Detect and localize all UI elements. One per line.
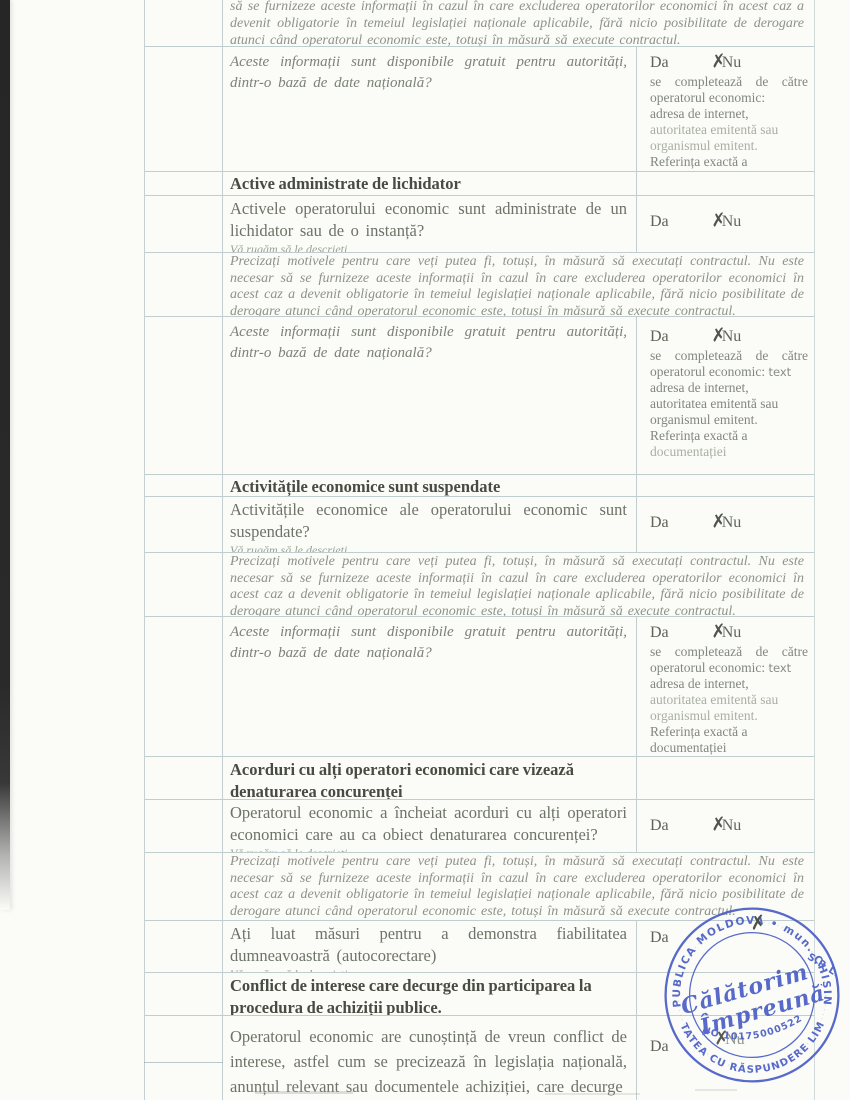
fill-line: organismul emitent. [650, 138, 808, 154]
x-check-icon: ✗ [710, 211, 727, 230]
fill-line: organismul emitent. [650, 412, 808, 428]
question-cell: Aceste informații sunt disponibile gratu… [223, 617, 636, 756]
fill-by-operator-block: se completează de către operatorul econo… [650, 348, 808, 460]
fill-line: Referința exactă a [650, 724, 808, 740]
section-title: Acorduri cu alți operatori economici car… [230, 759, 627, 800]
x-check-icon: ✗ [710, 622, 727, 641]
question-cell: Ați luat măsuri pentru a demonstra fiabi… [223, 921, 636, 972]
row-section-acorduri: Acorduri cu alți operatori economici car… [145, 757, 814, 800]
question-text: Activitățile economice ale operatorului … [230, 499, 627, 543]
section-title-cell: Activitățile economice sunt suspendate [223, 475, 636, 496]
question-cell: Operatorul economic a încheiat acorduri … [223, 800, 636, 852]
da-label: Da [650, 624, 669, 642]
section-title: Active administrate de lichidator [230, 174, 627, 194]
question-cell: Aceste informații sunt disponibile gratu… [223, 47, 636, 171]
info-available-question: Aceste informații sunt disponibile gratu… [230, 52, 627, 94]
section-title-cell: Active administrate de lichidator [223, 172, 636, 195]
row-info-available-1: Aceste informații sunt disponibile gratu… [145, 47, 814, 172]
fill-line: organismul emitent. [650, 708, 808, 724]
number-cell [145, 196, 223, 252]
fill-by-operator-block: se completează de către operatorul econo… [650, 74, 808, 172]
row-clause: Precizați motivele pentru care veți pute… [145, 553, 814, 617]
da-nu-answer: Da ✗ Nu [650, 327, 810, 346]
fill-line: autoritatea emitentă sau [650, 692, 808, 708]
fill-line: adresa de internet, [650, 106, 808, 122]
answer-cell: Da ✗ Nu [636, 800, 814, 852]
row-info-available-3: Aceste informații sunt disponibile gratu… [145, 617, 814, 757]
number-cell [145, 921, 223, 972]
fill-line: autoritatea emitentă sau [650, 122, 808, 138]
motives-clause-text: Precizați motivele pentru care veți pute… [230, 254, 804, 317]
row-clause: Precizați motivele pentru care veți pute… [145, 253, 814, 317]
number-cell [145, 553, 223, 616]
x-check-icon-on-stamp: ✗ [749, 911, 768, 935]
answer-cell: Da ✗ Nu se completează de către operator… [636, 617, 814, 756]
da-label: Da [650, 54, 669, 72]
section-title-cell: Conflict de interese care decurge din pa… [223, 973, 636, 1015]
section-title: Activitățile economice sunt suspendate [230, 477, 627, 497]
number-cell [145, 1016, 223, 1100]
fill-by-operator-block: se completează de către operatorul econo… [650, 644, 808, 756]
number-cell [145, 475, 223, 496]
clause-cell: Precizați motivele pentru care veți pute… [223, 553, 814, 616]
row-question-lichidator: Activele operatorului economic sunt admi… [145, 196, 814, 253]
scan-smudge [255, 1091, 353, 1094]
fill-line: adresa de internet, [650, 380, 808, 396]
fill-line: documentației [650, 444, 808, 460]
answer-cell: Da ✗ Nu se completează de către operator… [636, 317, 814, 474]
da-label: Da [650, 213, 669, 231]
nu-checked: ✗ Nu [711, 53, 742, 72]
da-nu-answer: Da ✗ Nu [650, 212, 810, 231]
x-check-icon: ✗ [710, 512, 727, 531]
da-label: Da [650, 514, 669, 532]
row-info-available-2: Aceste informații sunt disponibile gratu… [145, 317, 814, 475]
answer-cell [636, 172, 814, 195]
clause-cell: să se furnizeze aceste informații în caz… [223, 0, 814, 46]
fill-entered-value: text [768, 365, 791, 379]
row-clause-carryover: să se furnizeze aceste informații în caz… [145, 0, 814, 47]
fill-line: Referința exactă a [650, 428, 808, 444]
number-cell [145, 253, 223, 316]
question-cell: Activele operatorului economic sunt admi… [223, 196, 636, 252]
number-cell [145, 317, 223, 474]
da-label: Da [650, 817, 669, 835]
x-check-icon: ✗ [710, 815, 727, 834]
clause-cell: Precizați motivele pentru care veți pute… [223, 253, 814, 316]
nu-checked: ✗ Nu [711, 513, 742, 532]
number-cell [145, 617, 223, 756]
x-check-icon: ✗ [710, 326, 727, 345]
section-title: Conflict de interese care decurge din pa… [230, 975, 627, 1016]
fill-entered-value: text [768, 661, 791, 675]
fill-line: adresa de internet, [650, 676, 808, 692]
number-cell [145, 497, 223, 552]
motives-clause-text: Precizați motivele pentru care veți pute… [230, 554, 804, 617]
nu-checked: ✗ Nu [711, 816, 742, 835]
nu-checked: ✗ Nu [711, 623, 742, 642]
section-title-cell: Acorduri cu alți operatori economici car… [223, 757, 636, 799]
da-label: Da [650, 328, 669, 346]
answer-cell: Da ✗ Nu [636, 497, 814, 552]
describe-hint: Vă rugăm să le descrieți [230, 243, 627, 253]
table-line-fragment [144, 1062, 223, 1063]
number-cell [145, 757, 223, 799]
nu-checked: ✗ Nu [711, 327, 742, 346]
da-nu-answer: Da ✗ Nu [650, 623, 810, 642]
number-cell [145, 800, 223, 852]
x-check-icon: ✗ [710, 52, 727, 71]
question-cell: Aceste informații sunt disponibile gratu… [223, 317, 636, 474]
question-text: Ați luat măsuri pentru a demonstra fiabi… [230, 923, 627, 967]
da-nu-answer: Da ✗ Nu [650, 513, 810, 532]
nu-checked: ✗ Nu [711, 212, 742, 231]
da-nu-answer: Da ✗ Nu [650, 53, 810, 72]
answer-cell: Da ✗ Nu se completează de către operator… [636, 47, 814, 171]
number-cell [145, 853, 223, 920]
number-cell [145, 172, 223, 195]
info-available-question: Aceste informații sunt disponibile gratu… [230, 322, 627, 364]
row-question-suspendate: Activitățile economice ale operatorului … [145, 497, 814, 553]
fill-line: Referința exactă a [650, 154, 808, 170]
answer-cell [636, 475, 814, 496]
carryover-clause-text: să se furnizeze aceste informații în caz… [230, 0, 804, 47]
row-question-acorduri: Operatorul economic a încheiat acorduri … [145, 800, 814, 853]
fill-prefix: se completează de către operatorul econo… [650, 644, 808, 676]
number-cell [145, 47, 223, 171]
question-cell: Operatorul economic are cunoștință de vr… [223, 1016, 636, 1100]
row-section-suspendate: Activitățile economice sunt suspendate [145, 475, 814, 497]
fill-line: documentației [650, 740, 808, 756]
fill-prefix: se completează de către operatorul econo… [650, 348, 808, 380]
fill-prefix: se completează de către operatorul econo… [650, 74, 808, 106]
answer-cell: Da ✗ Nu [636, 196, 814, 252]
describe-hint: Vă rugăm să le descrieți [230, 544, 627, 553]
da-nu-answer: Da ✗ Nu [650, 816, 810, 835]
question-cell: Activitățile economice ale operatorului … [223, 497, 636, 552]
scanned-espd-document-page: să se furnizeze aceste informații în caz… [0, 0, 850, 1100]
question-text: Activele operatorului economic sunt admi… [230, 198, 627, 242]
fill-line: autoritatea emitentă sau [650, 396, 808, 412]
question-text: Operatorul economic are cunoștință de vr… [230, 1024, 627, 1099]
info-available-question: Aceste informații sunt disponibile gratu… [230, 622, 627, 664]
answer-cell [636, 757, 814, 799]
scan-edge-artifact [0, 0, 10, 910]
number-cell [145, 0, 223, 46]
number-cell [145, 973, 223, 1015]
row-section-lichidator: Active administrate de lichidator [145, 172, 814, 196]
question-text: Operatorul economic a încheiat acorduri … [230, 802, 627, 846]
scan-smudge [545, 1093, 640, 1095]
